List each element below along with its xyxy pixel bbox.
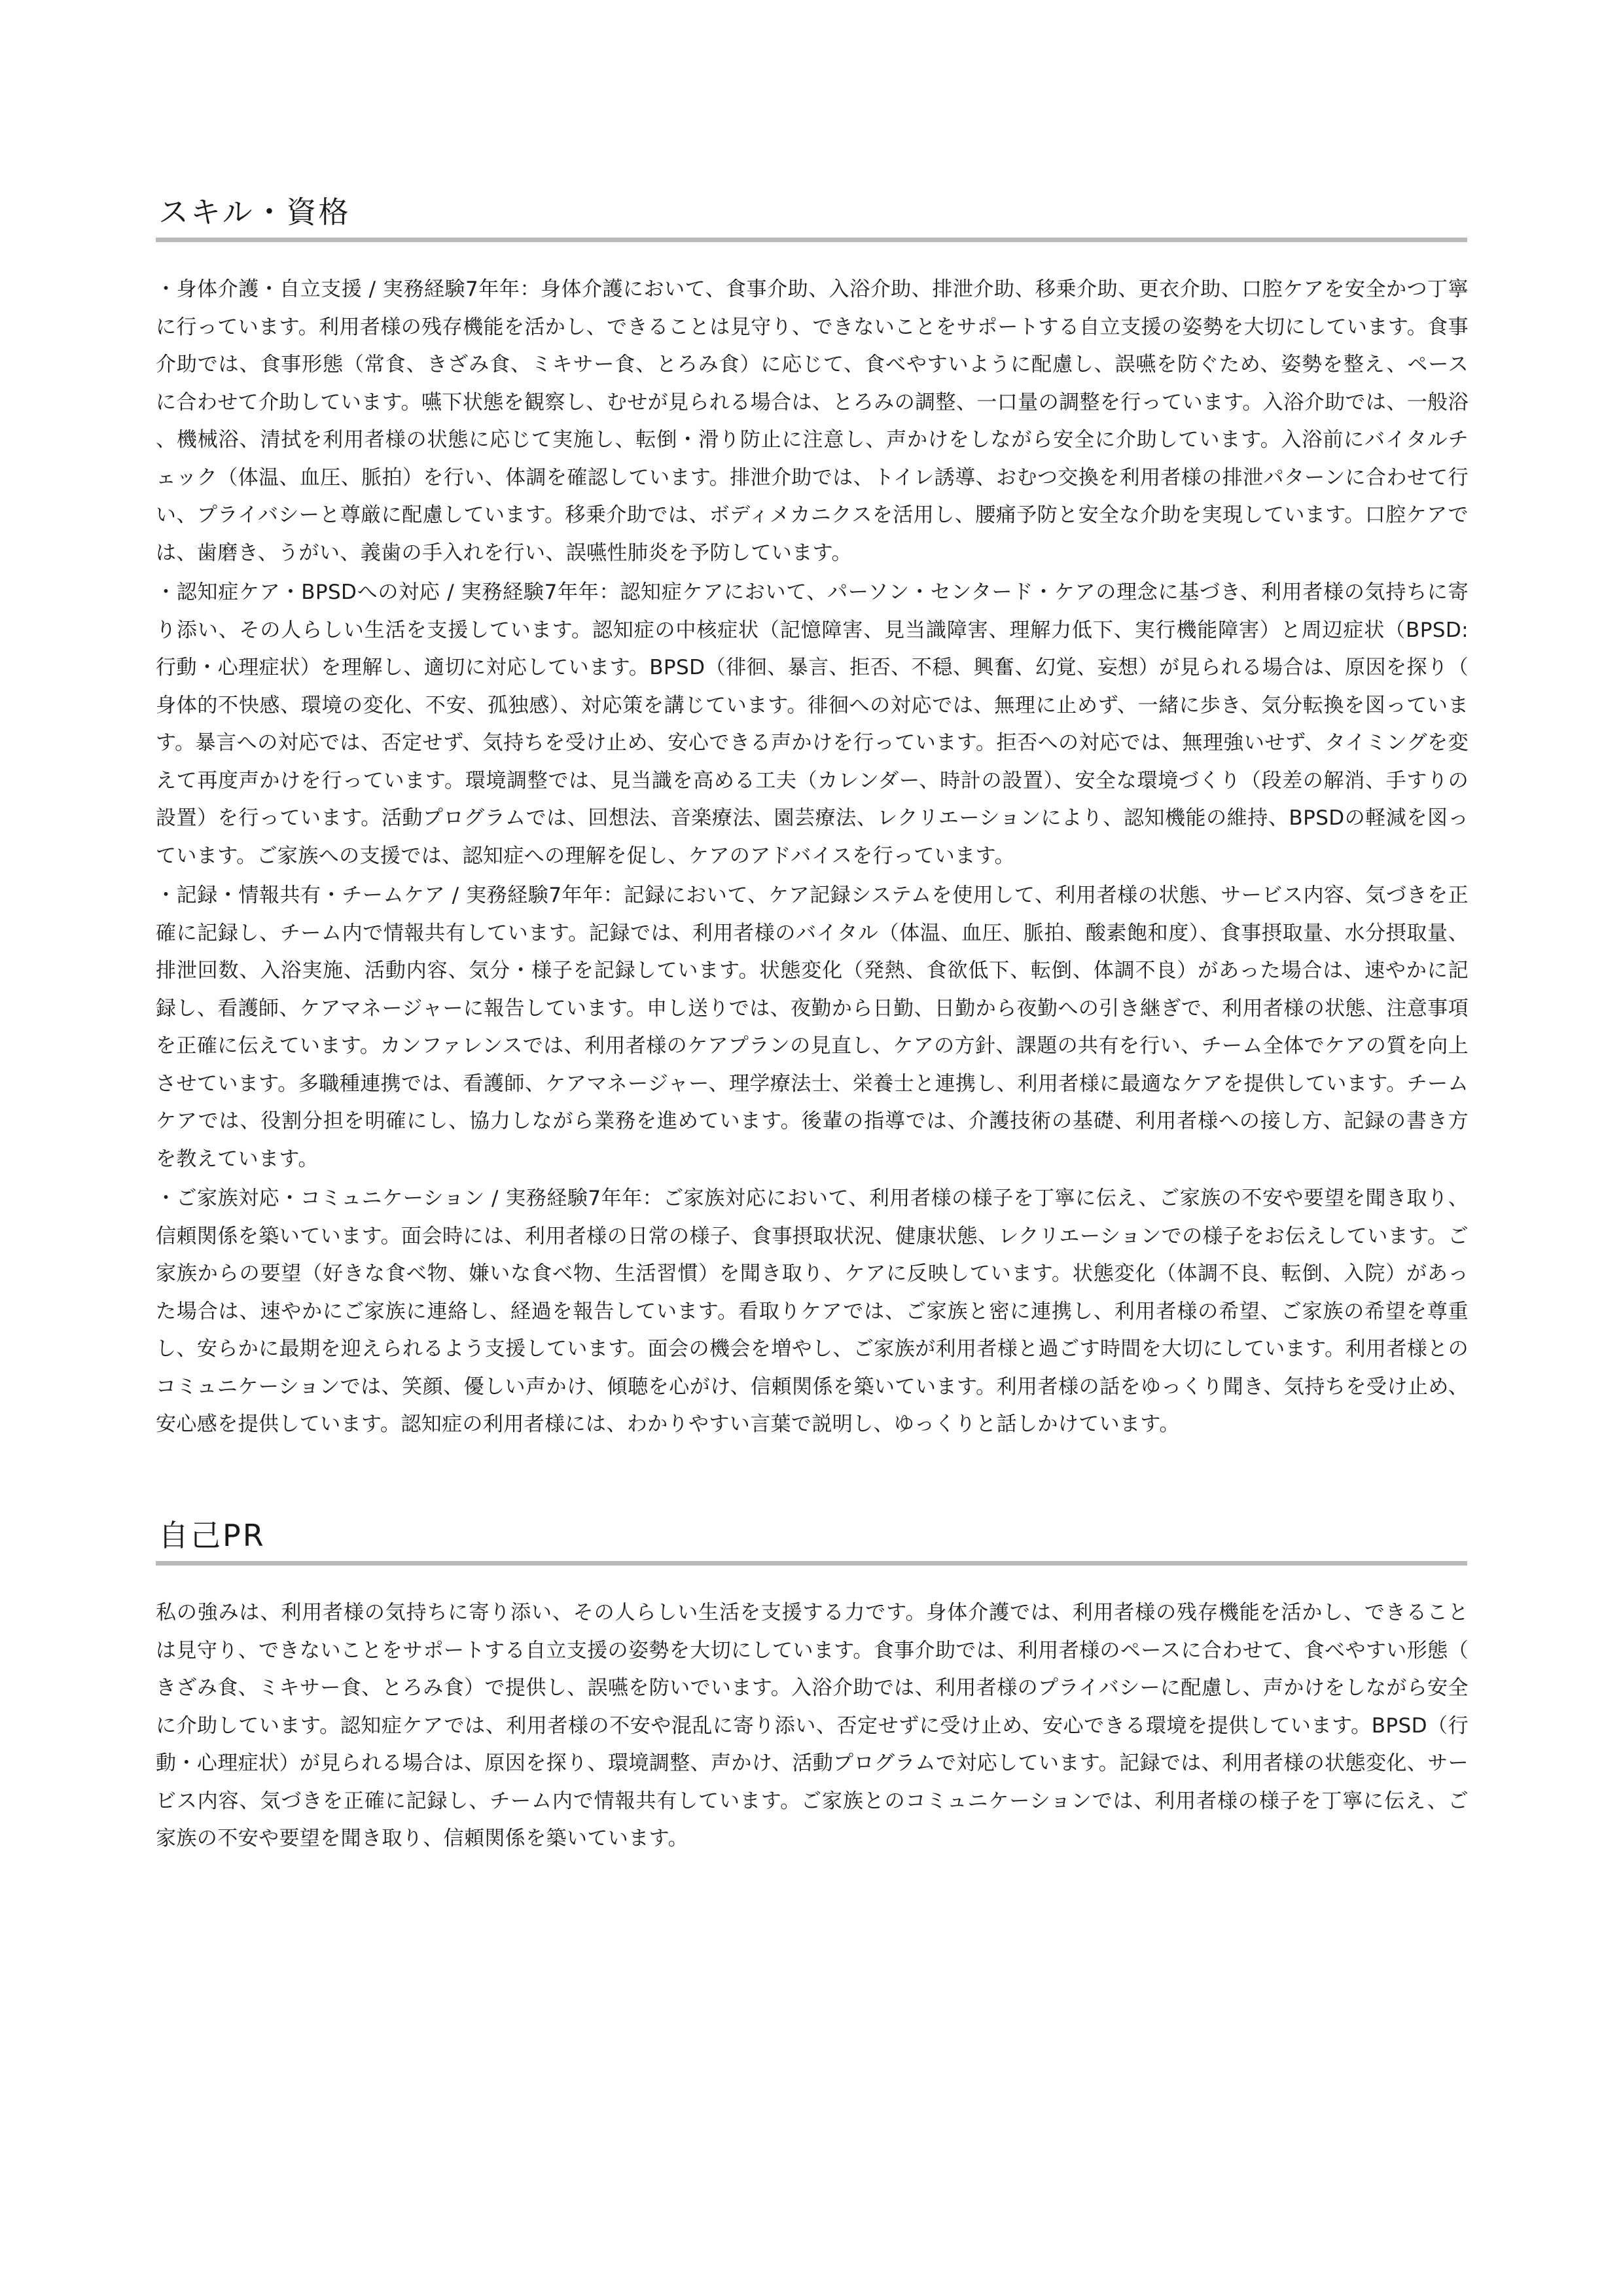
skill-item-family-communication: ・ご家族対応・コミュニケーション / 実務経験7年年：ご家族対応において、利用者…: [156, 1180, 1469, 1444]
section-divider: [156, 238, 1467, 242]
skills-list: ・身体介護・自立支援 / 実務経験7年年：身体介護において、食事介助、入浴介助、…: [156, 271, 1469, 1444]
self-pr-paragraph: 私の強みは、利用者様の気持ちに寄り添い、その人らしい生活を支援する力です。身体介…: [156, 1594, 1469, 1858]
skill-item-physical-care: ・身体介護・自立支援 / 実務経験7年年：身体介護において、食事介助、入浴介助、…: [156, 271, 1469, 572]
self-pr-section-title: 自己PR: [156, 1517, 1469, 1554]
skills-section-title: スキル・資格: [156, 194, 1469, 230]
self-pr-body: 私の強みは、利用者様の気持ちに寄り添い、その人らしい生活を支援する力です。身体介…: [156, 1594, 1469, 1858]
skill-item-records-teamwork: ・記録・情報共有・チームケア / 実務経験7年年：記録において、ケア記録システム…: [156, 877, 1469, 1178]
section-divider: [156, 1561, 1467, 1566]
skill-item-dementia-care: ・認知症ケア・BPSDへの対応 / 実務経験7年年：認知症ケアにおいて、パーソン…: [156, 574, 1469, 875]
skills-section: スキル・資格 ・身体介護・自立支援 / 実務経験7年年：身体介護において、食事介…: [156, 194, 1469, 1444]
self-pr-section: 自己PR 私の強みは、利用者様の気持ちに寄り添い、その人らしい生活を支援する力で…: [156, 1517, 1469, 1858]
